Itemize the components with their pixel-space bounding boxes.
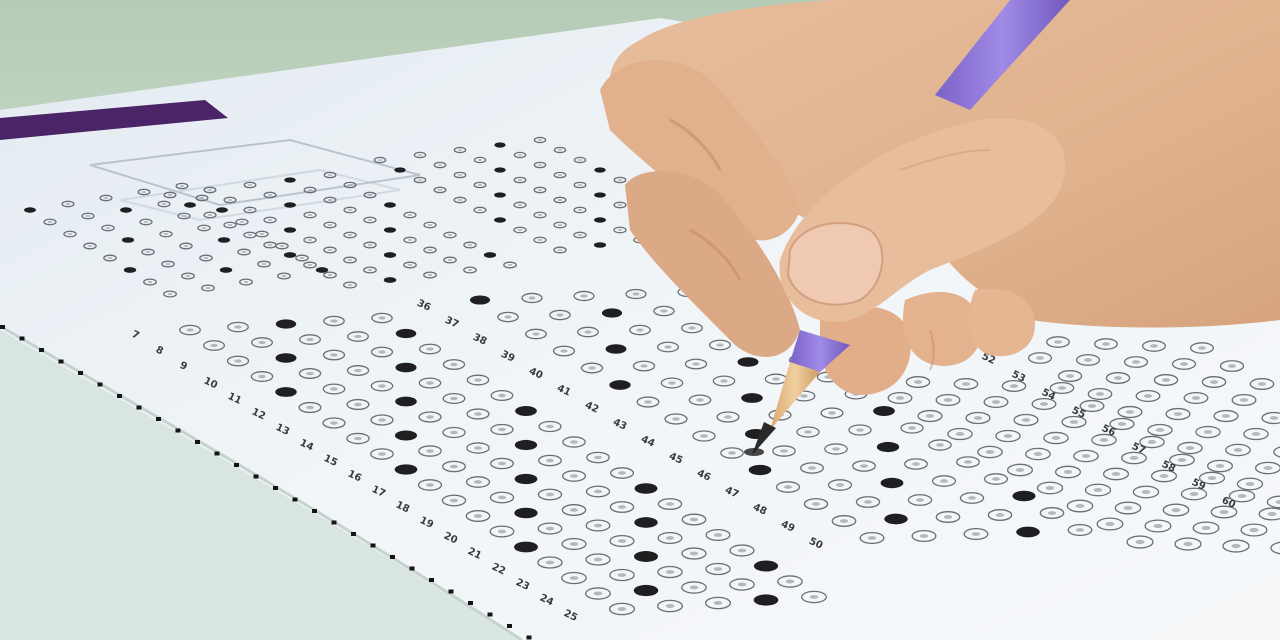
answer-sheet-illustration: 7891011121314151617181920212223242536373… — [0, 0, 1280, 640]
photo-scene: Hand holding a purple pencil filling in … — [0, 0, 1280, 640]
